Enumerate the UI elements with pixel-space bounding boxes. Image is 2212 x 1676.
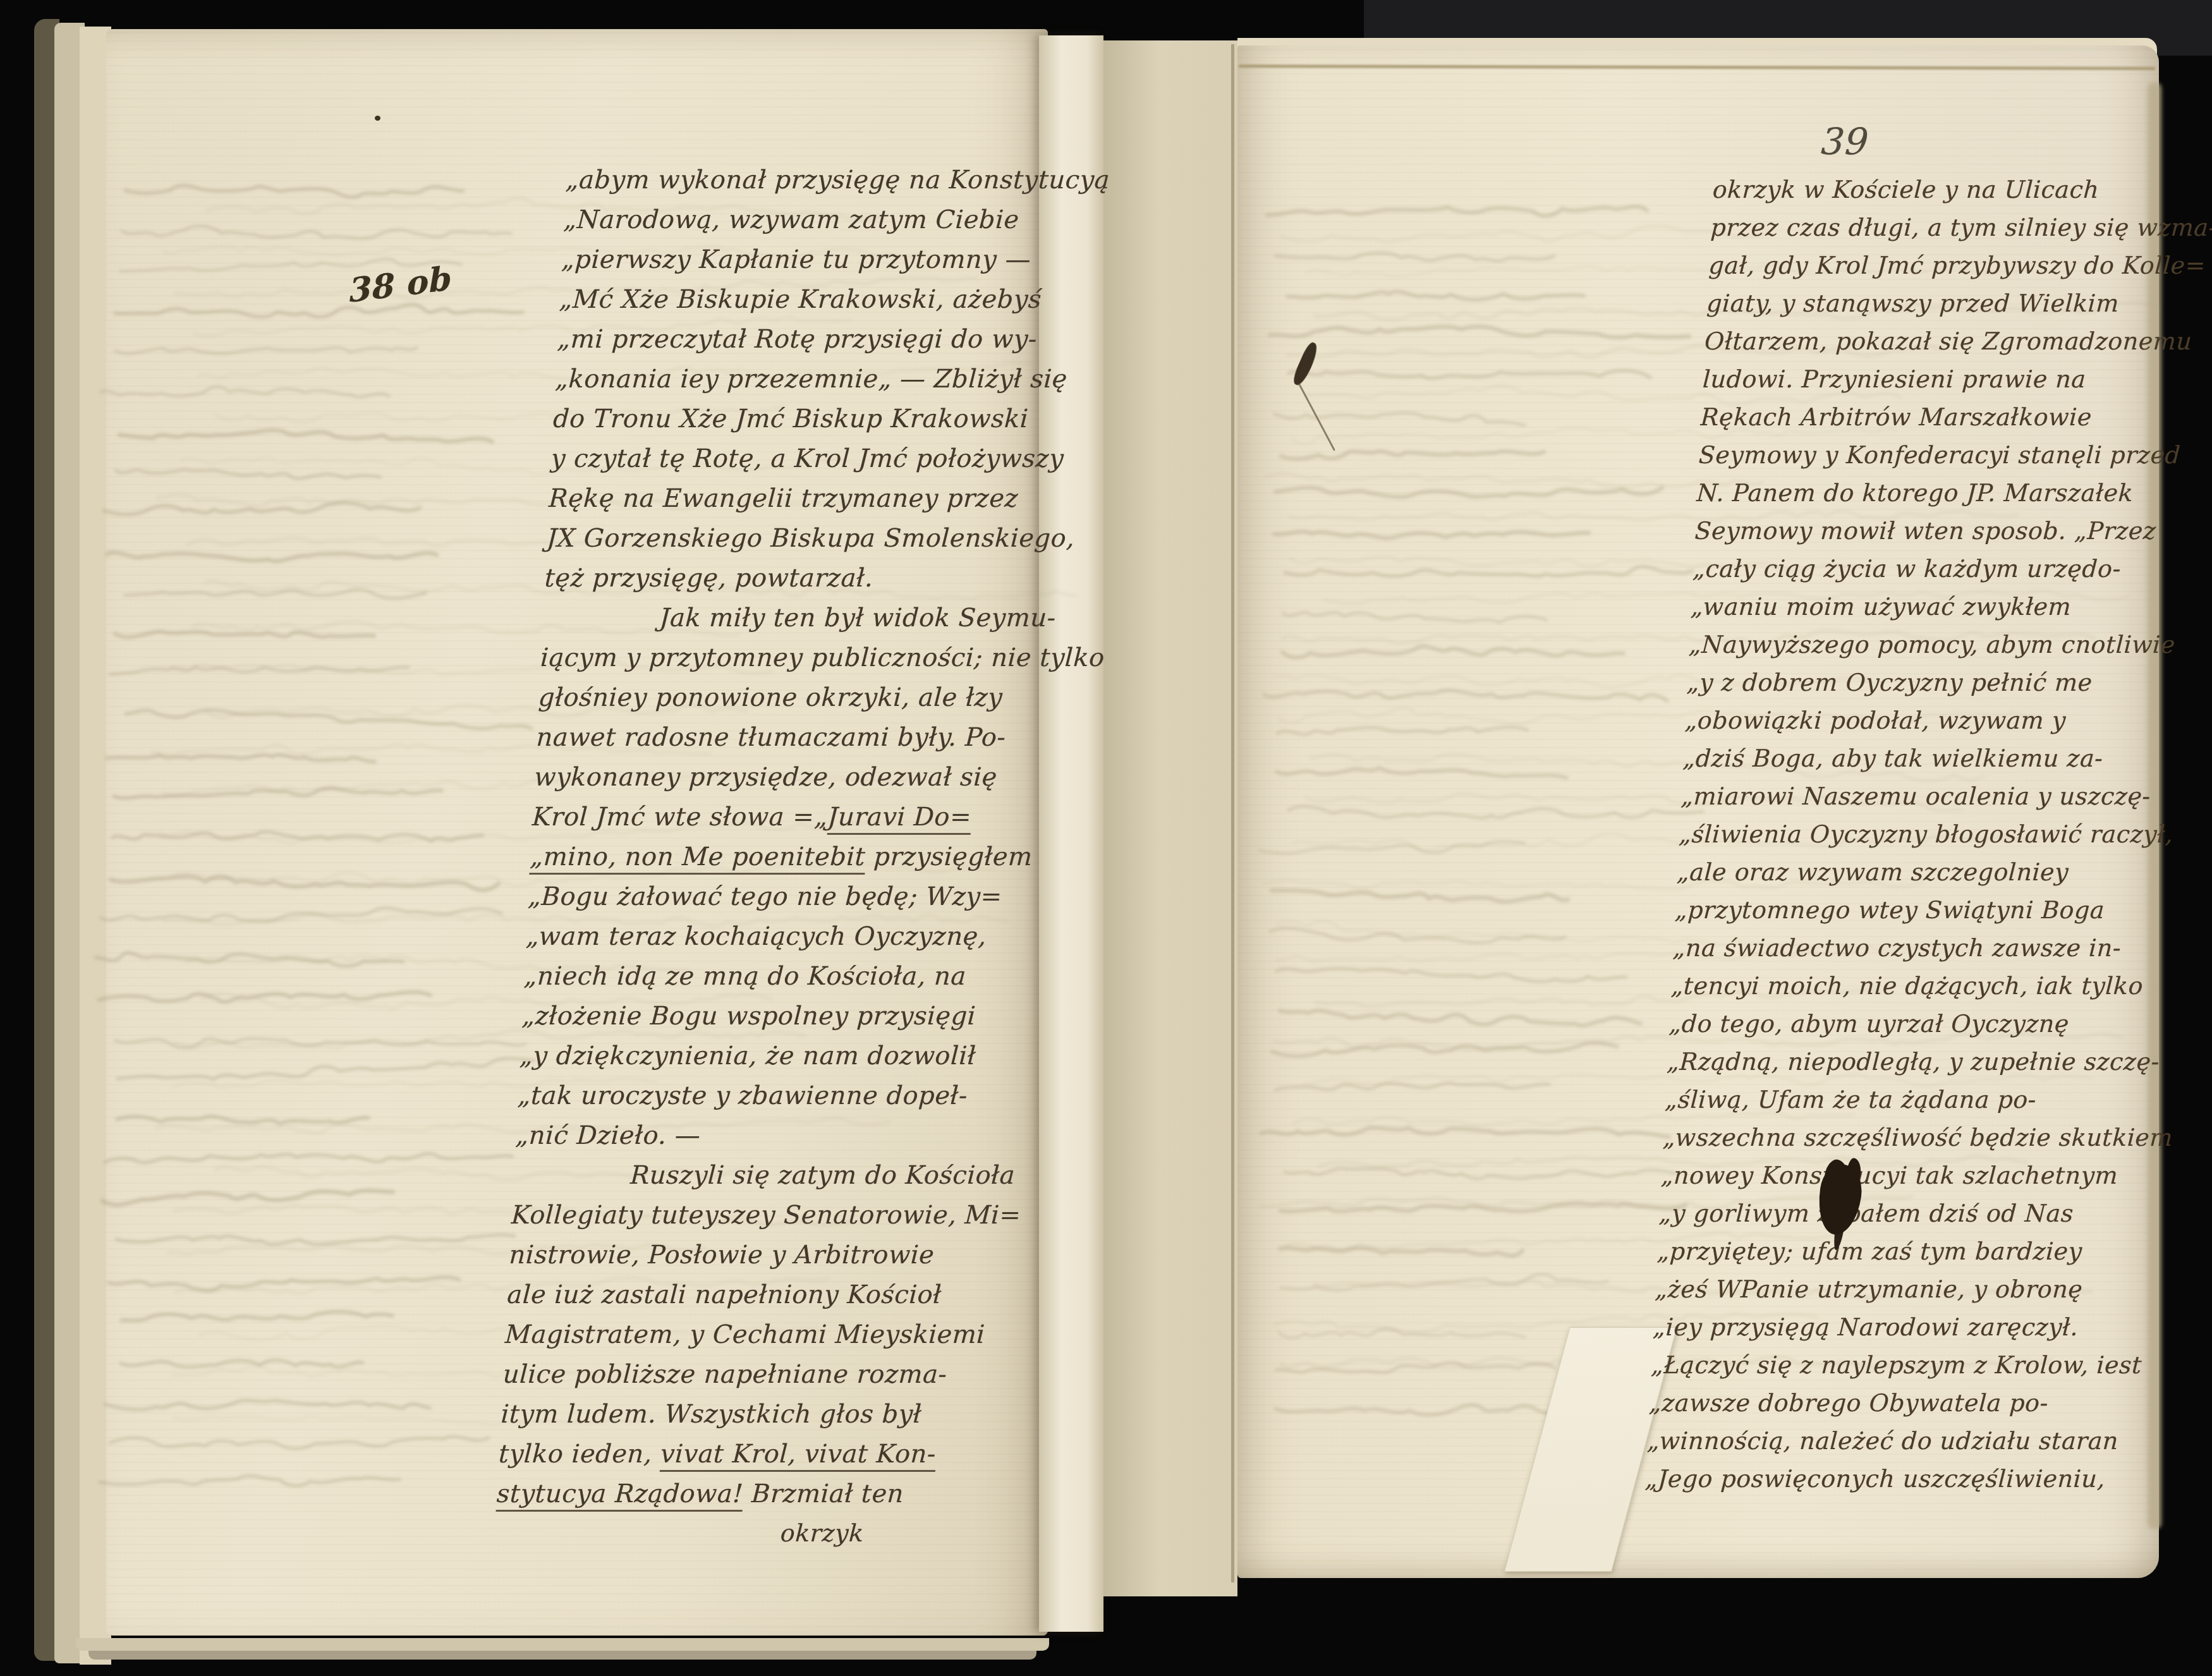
manuscript-line: „Jego poswięconych uszczęśliwieniu, [1644, 1465, 2151, 1503]
manuscript-line: „przyiętey; ufam zaś tym bardziey [1656, 1237, 2163, 1275]
manuscript-line: Rękę na Ewangelii trzymaney przez [547, 484, 1061, 524]
manuscript-line: iącym y przytomney publiczności; nie tyl… [539, 643, 1053, 683]
manuscript-line: „tak uroczyste y zbawienne dopeł- [516, 1081, 1030, 1121]
manuscript-line: Ołtarzem, pokazał się Zgromadzonemu [1703, 327, 2211, 365]
manuscript-line: okrzyk w Kościele y na Ulicach [1711, 176, 2212, 214]
gutter-sheet [1103, 40, 1237, 1596]
manuscript-line: „ale oraz wzywam szczegolniey [1675, 858, 2183, 896]
manuscript-line: „zawsze dobrego Obywatela po- [1648, 1389, 2155, 1427]
manuscript-line: „obowiązki podołał, wzywam y [1684, 707, 2191, 744]
manuscript-line: „śliwą, Ufam że ta żądana po- [1663, 1086, 2171, 1124]
manuscript-line: Kollegiaty tuteyszey Senatorowie, Mi= [510, 1201, 1024, 1241]
manuscript-line: ale iuż zastali napełniony Kościoł [506, 1280, 1019, 1320]
manuscript-line: „pierwszy Kapłanie tu przytomny — [560, 245, 1074, 285]
manuscript-line: „waniu moim używać zwykłem [1689, 593, 2197, 631]
manuscript-line: N. Panem do ktorego JP. Marszałek [1696, 479, 2203, 517]
manuscript-line: „winnością, należeć do udziału staran [1646, 1427, 2153, 1465]
manuscript-line: „śliwienia Oyczyzny błogosławić raczył, [1677, 820, 2185, 858]
manuscript-line: „złożenie Bogu wspolney przysięgi [520, 1002, 1034, 1041]
manuscript-line: „na świadectwo czystych zawsze in- [1672, 934, 2179, 972]
manuscript-line: „iey przysięgą Narodowi zaręczył. [1652, 1313, 2160, 1351]
manuscript-line: „y gorliwym zapałem dziś od Nas [1658, 1199, 2165, 1237]
manuscript-line: tęż przysięgę, powtarzał. [544, 564, 1057, 604]
manuscript-line: „Naywyższego pomocy, abym cnotliwie [1687, 631, 2195, 669]
manuscript-line: giaty, y stanąwszy przed Wielkim [1705, 289, 2212, 327]
underlined-text: Juravi Do= [827, 803, 972, 835]
manuscript-line: itym ludem. Wszystkich głos był [499, 1400, 1013, 1440]
manuscript-line: nistrowie, Posłowie y Arbitrowie [508, 1241, 1022, 1280]
manuscript-line: „nić Dzieło. — [514, 1121, 1028, 1161]
manuscript-line: Seymowy mowił wten sposob. „Przez [1694, 517, 2201, 555]
manuscript-line: ludowi. Przyniesieni prawie na [1701, 365, 2209, 403]
manuscript-line: Rękach Arbitrów Marszałkowie [1699, 403, 2207, 441]
manuscript-line: „miarowi Naszemu ocalenia y uszczę- [1680, 782, 2187, 820]
manuscript-line: „mi przeczytał Rotę przysięgi do wy- [556, 325, 1070, 365]
left-page-text-block: „abym wykonał przysięgę na Konstytucyą„N… [495, 166, 1078, 1519]
manuscript-line: „żeś WPanie utrzymanie, y obronę [1654, 1275, 2161, 1313]
manuscript-line: Jak miły ten był widok Seymu- [542, 604, 1055, 643]
manuscript-line: „Mć Xże Biskupie Krakowski, ażebyś [558, 285, 1072, 325]
manuscript-line: stytucya Rządowa! Brzmiał ten [495, 1479, 1009, 1519]
manuscript-line: „wam teraz kochaiących Oyczyznę, [525, 922, 1038, 962]
underlined-text: vivat Krol, vivat Kon- [660, 1440, 937, 1472]
manuscript-line: tylko ieden, vivat Krol, vivat Kon- [497, 1440, 1011, 1479]
manuscript-line: y czytał tę Rotę, a Krol Jmć położywszy [550, 444, 1064, 484]
gutter-page-edge [1231, 44, 1234, 1582]
manuscript-line: „tencyi moich, nie dążących, iak tylko [1670, 972, 2177, 1010]
manuscript-line: „nowey Konstytucyi tak szlachetnym [1660, 1162, 2167, 1199]
manuscript-line: „Łączyć się z naylepszym z Krolow, iest [1650, 1351, 2157, 1389]
manuscript-line: wykonaney przysiędze, odezwał się [533, 763, 1047, 803]
catchword: okrzyk [780, 1519, 865, 1547]
manuscript-line: Ruszyli się zatym do Kościoła [512, 1161, 1026, 1201]
manuscript-line: Seymowy y Konfederacyi stanęli przed [1698, 441, 2205, 479]
manuscript-line: „dziś Boga, aby tak wielkiemu za- [1682, 744, 2189, 782]
manuscript-line: „abym wykonał przysięgę na Konstytucyą [564, 166, 1078, 205]
manuscript-line: JX Gorzenskiego Biskupa Smolenskiego, [545, 524, 1059, 564]
manuscript-line: „Rządną, niepodległą, y zupełnie szczę- [1666, 1048, 2173, 1086]
manuscript-line: gał, gdy Krol Jmć przybywszy do Kolle= [1708, 252, 2212, 289]
page-stack-edge-bottom [88, 1651, 1036, 1660]
manuscript-line: „niech idą ze mną do Kościoła, na [523, 962, 1036, 1002]
manuscript-line: „mino, non Me poenitebit przysięgłem [529, 842, 1043, 882]
manuscript-line: nawet radosne tłumaczami były. Po- [535, 723, 1049, 763]
page-number: 39 [1820, 120, 1871, 163]
ink-speck [375, 116, 380, 121]
manuscript-line: „cały ciąg życia w każdym urzędo- [1691, 555, 2199, 593]
underlined-text: „mino, non Me poenitebit [529, 842, 866, 875]
right-page-text-block: okrzyk w Kościele y na Ulicachprzez czas… [1644, 176, 2212, 1503]
manuscript-line: „y dziękczynienia, że nam dozwolił [518, 1041, 1032, 1081]
manuscript-line: „Narodową, wzywam zatym Ciebie [562, 205, 1076, 245]
manuscript-line: przez czas długi, a tym silniey się wzma… [1710, 214, 2212, 252]
manuscript-line: do Tronu Xże Jmć Biskup Krakowski [552, 404, 1066, 444]
page-stack-edge-bottom [76, 1638, 1049, 1651]
underlined-text: stytucya Rządowa! [496, 1479, 744, 1512]
manuscript-line: „konania iey przezemnie„ — Zbliżył się [554, 365, 1067, 404]
manuscript-line: „Bogu żałować tego nie będę; Wzy= [526, 882, 1040, 922]
manuscript-line: głośniey ponowione okrzyki, ale łzy [537, 683, 1051, 723]
manuscript-scan: { "document": { "type": "handwritten-man… [0, 0, 2212, 1676]
manuscript-line: „wszechna szczęśliwość będzie skutkiem [1662, 1124, 2169, 1162]
manuscript-line: Krol Jmć wte słowa =„Juravi Do= [531, 803, 1045, 842]
manuscript-line: „przytomnego wtey Swiątyni Boga [1674, 896, 2181, 934]
manuscript-line: ulice pobliższe napełniane rozma- [502, 1360, 1016, 1400]
manuscript-line: „y z dobrem Oyczyzny pełnić me [1686, 669, 2193, 707]
manuscript-line: „do tego, abym uyrzał Oyczyznę [1668, 1010, 2175, 1048]
manuscript-line: Magistratem, y Cechami Mieyskiemi [504, 1320, 1018, 1360]
